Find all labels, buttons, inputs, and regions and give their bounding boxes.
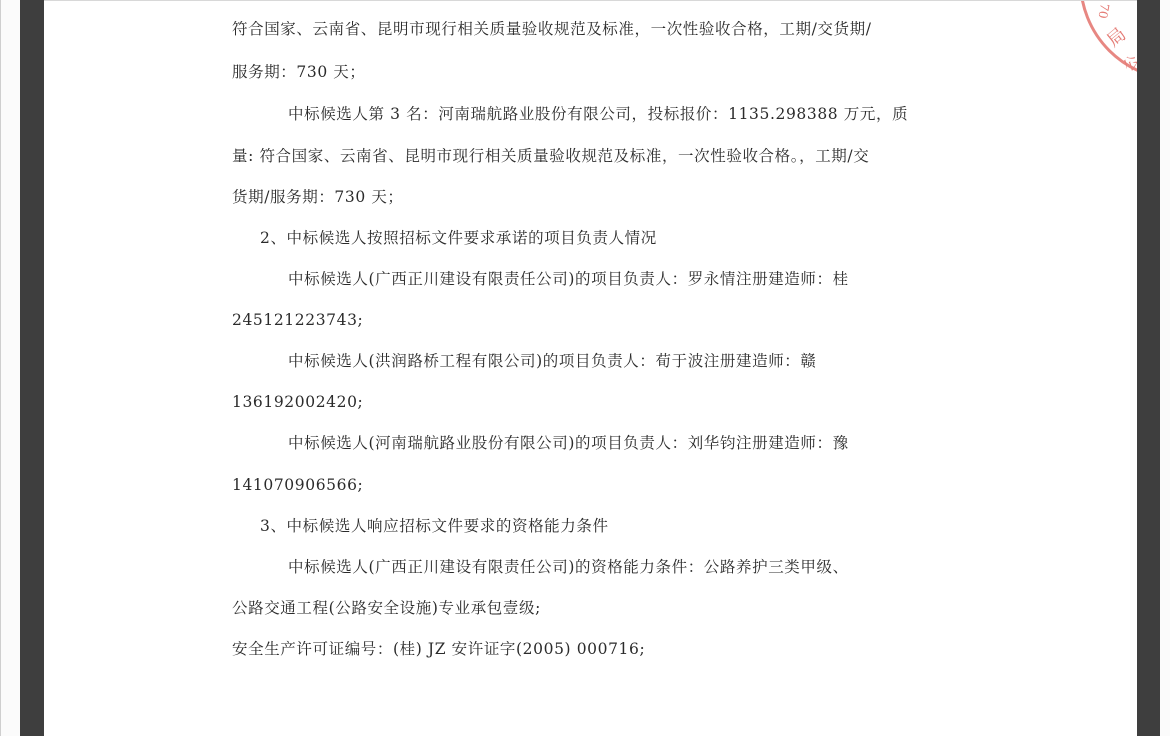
text-line: 符合国家、云南省、昆明市现行相关质量验收规范及标准，一次性验收合格，工期/交货期… — [232, 19, 872, 39]
text-line: 中标候选人(广西正川建设有限责任公司)的项目负责人：罗永情注册建造师：桂 — [288, 269, 849, 289]
text-line: 中标候选人第 3 名：河南瑞航路业股份有限公司，投标报价：1135.298388… — [288, 104, 908, 124]
text-line: 中标候选人(洪润路桥工程有限公司)的项目负责人：荀于波注册建造师：赣 — [288, 351, 817, 371]
text-line: 服务期：730 天； — [232, 62, 366, 82]
text-line: 136192002420; — [232, 392, 363, 412]
text-line: 141070906566; — [232, 475, 363, 495]
text-line: 公路交通工程(公路安全设施)专业承包壹级; — [232, 598, 541, 618]
text-line: 安全生产许可证编号：(桂) JZ 安许证字(2005) 000716; — [232, 639, 645, 659]
text-line: 量: 符合国家、云南省、昆明市现行相关质量验收规范及标准，一次性验收合格。，工期… — [232, 146, 869, 166]
text-line: 中标候选人(广西正川建设有限责任公司)的资格能力条件：公路养护三类甲级、 — [288, 557, 849, 577]
document-viewer: 符合国家、云南省、昆明市现行相关质量验收规范及标准，一次性验收合格，工期/交货期… — [0, 0, 1170, 736]
left-margin — [0, 0, 20, 736]
text-line: 货期/服务期：730 天； — [232, 187, 404, 207]
section-heading: 3、中标候选人响应招标文件要求的资格能力条件 — [260, 516, 609, 536]
right-viewer-band — [1137, 0, 1160, 736]
text-line: 245121223743; — [232, 310, 363, 330]
left-viewer-band — [20, 0, 44, 736]
right-margin — [1160, 0, 1170, 736]
text-line: 中标候选人(河南瑞航路业股份有限公司)的项目负责人：刘华钧注册建造师：豫 — [288, 433, 849, 453]
section-heading: 2、中标候选人按照招标文件要求承诺的项目负责人情况 — [260, 228, 657, 248]
stamp-text: 70 — [1096, 2, 1110, 19]
document-page: 符合国家、云南省、昆明市现行相关质量验收规范及标准，一次性验收合格，工期/交货期… — [44, 1, 1137, 736]
